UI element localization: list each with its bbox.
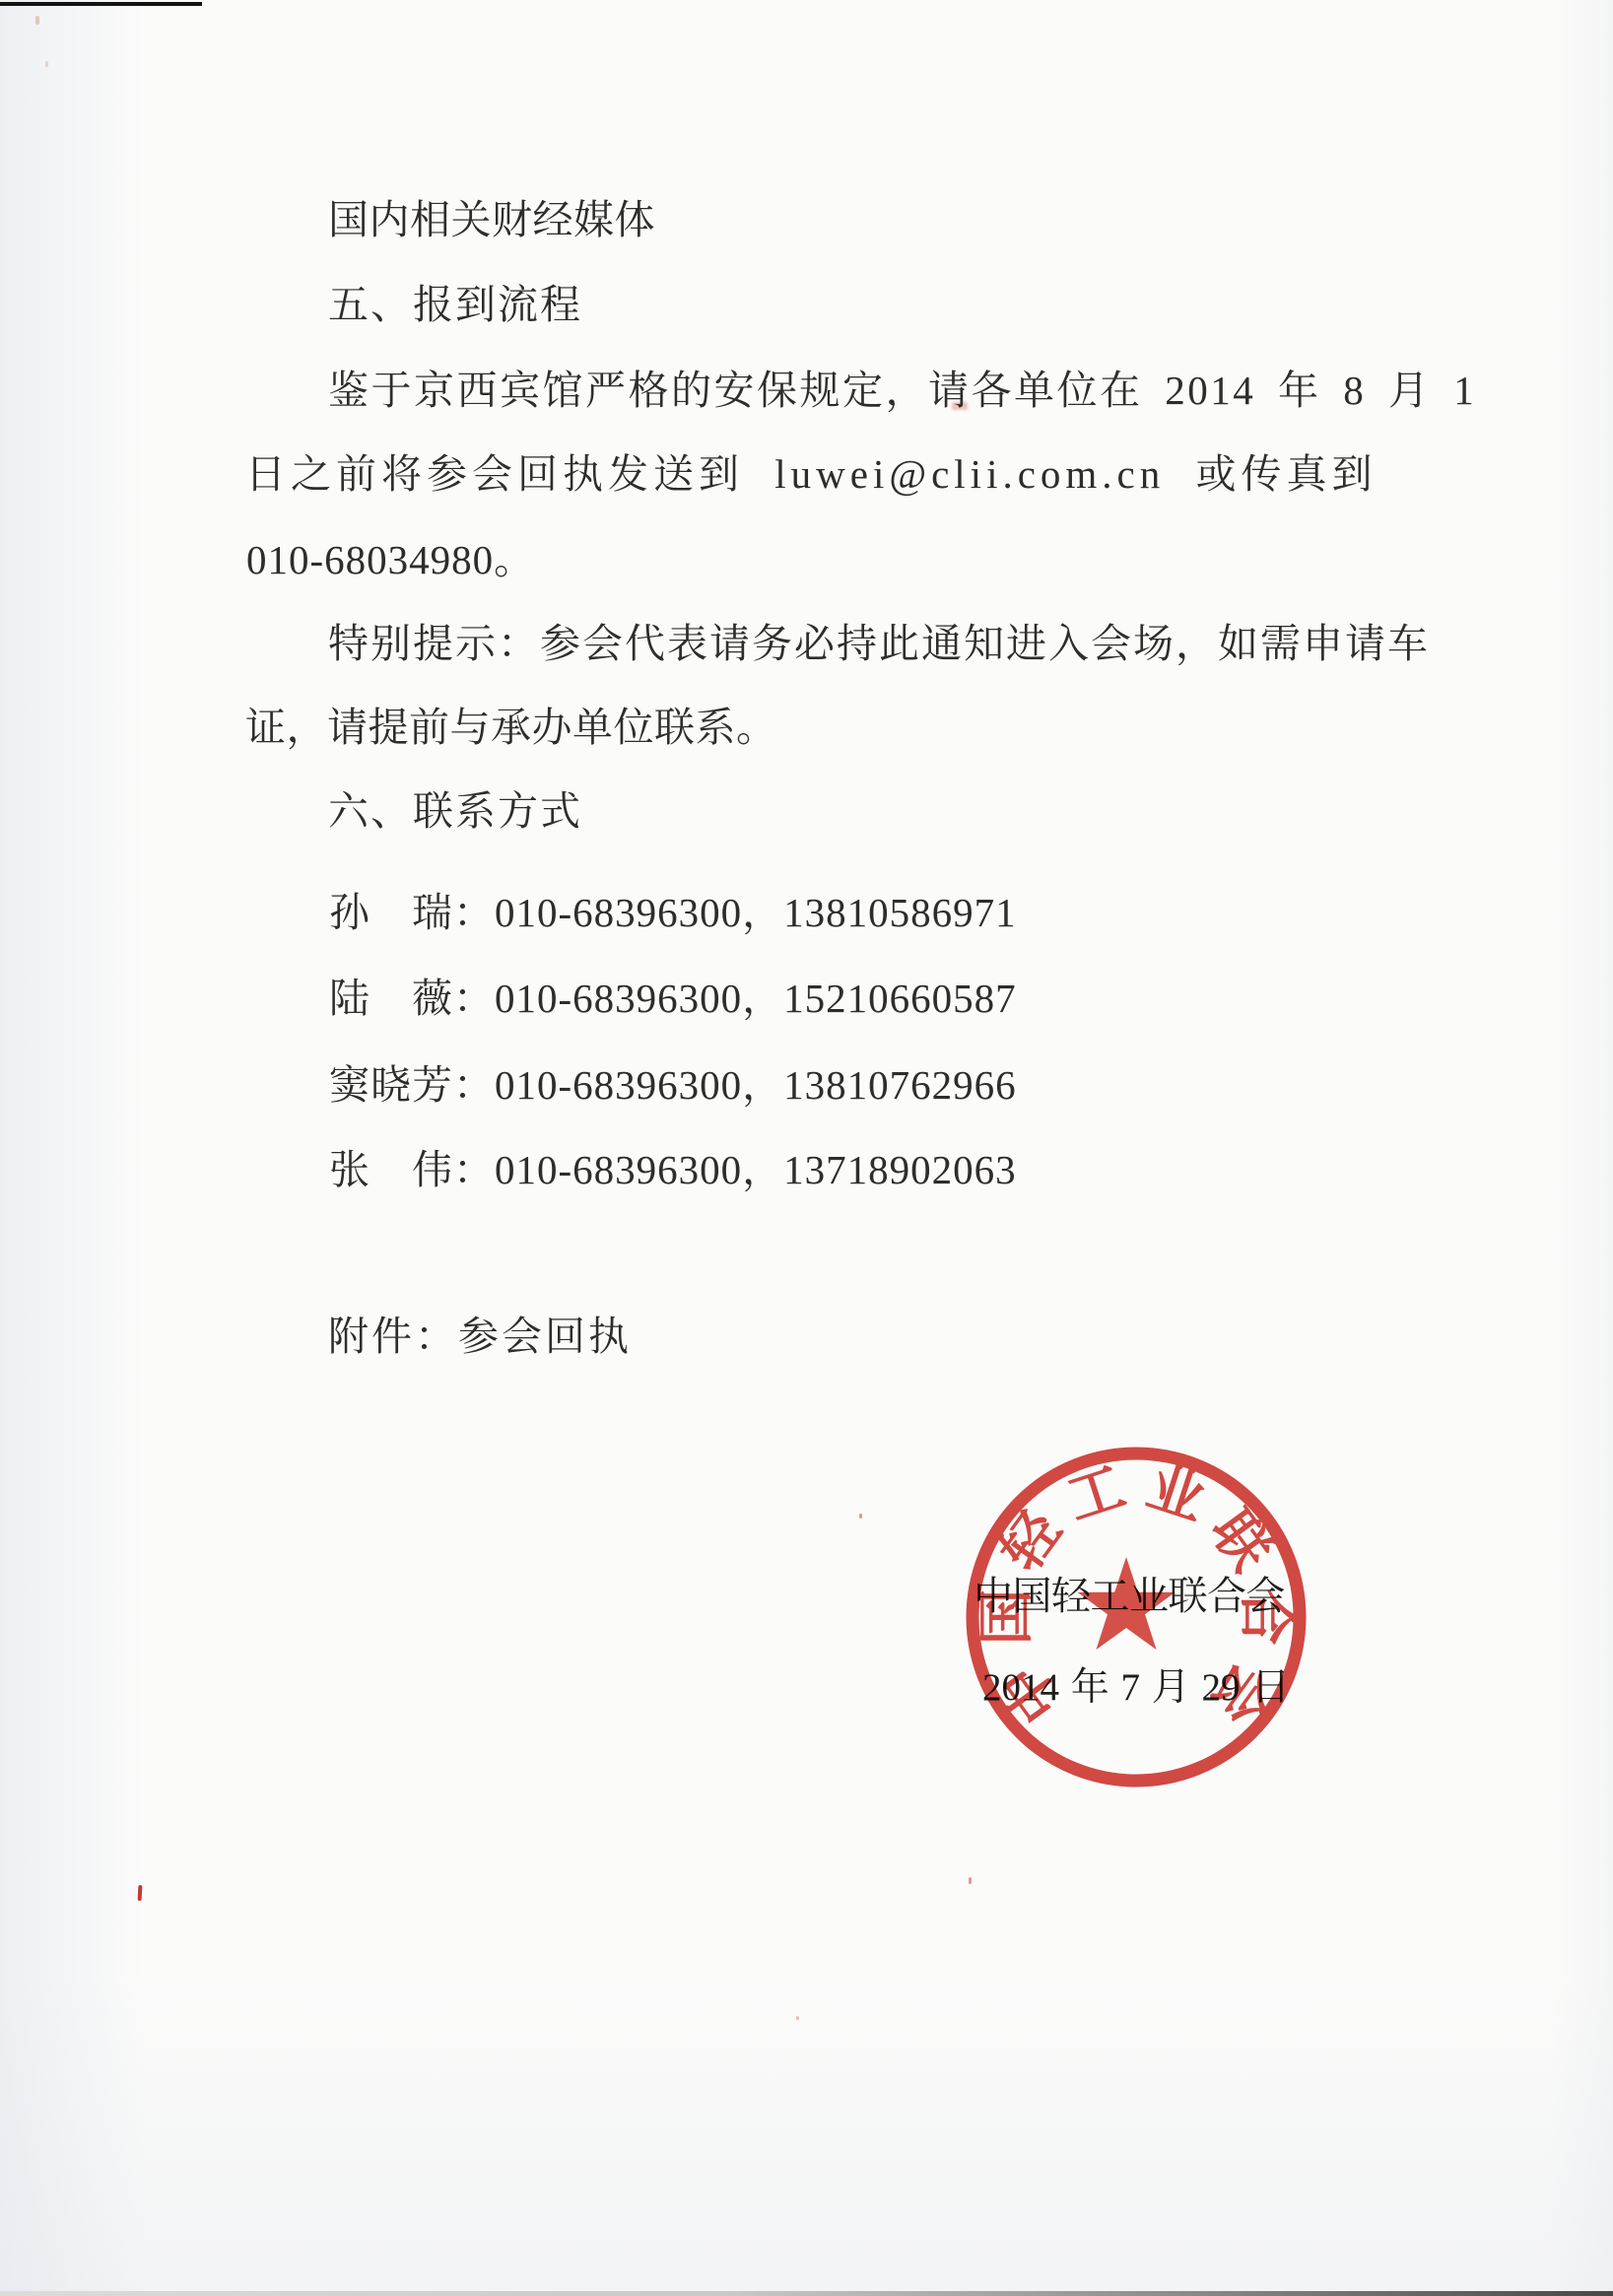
doc-line-notice-2: 证，请提前与承办单位联系。 (245, 706, 777, 749)
seal-arc-char: 国 (976, 1589, 1039, 1646)
red-speck (35, 16, 39, 25)
red-speck (138, 1885, 143, 1901)
doc-line-registration-1: 鉴于京西宾馆严格的安保规定，请各单位在 2014 年 8 月 1 (328, 369, 1476, 412)
scan-bottom-edge-artifact (0, 2291, 1613, 2296)
red-speck (969, 1877, 972, 1884)
doc-line-notice-1: 特别提示：参会代表请务必持此通知进入会场，如需申请车 (328, 622, 1430, 665)
official-seal: 中 国 轻 工 业 联 合 会 (939, 1420, 1333, 1814)
red-speck (45, 61, 48, 67)
doc-contact-dou-xiaofang: 窦晓芳：010-68396300，13810762966 (329, 1063, 1017, 1107)
doc-line-registration-2-email: 日之前将参会回执发送到 luwei@clii.com.cn 或传真到 (245, 452, 1378, 496)
doc-heading-section-6: 六、联系方式 (328, 789, 582, 833)
doc-line-fax-number: 010-68034980。 (246, 538, 535, 581)
seal-arc-char: 合 (1235, 1589, 1297, 1646)
scanned-document-page: 国内相关财经媒体 五、报到流程 鉴于京西宾馆严格的安保规定，请各单位在 2014… (0, 0, 1613, 2296)
doc-contact-zhang-wei: 张 伟：010-68396300，13718902063 (329, 1148, 1017, 1191)
red-speck (796, 2016, 799, 2020)
doc-line-media: 国内相关财经媒体 (328, 198, 655, 241)
scan-top-edge-artifact (0, 2, 202, 6)
doc-contact-sun-rui: 孙 瑞：010-68396300，13810586971 (329, 891, 1017, 934)
red-speck (859, 1514, 862, 1519)
doc-contact-lu-wei: 陆 薇：010-68396300，15210660587 (329, 977, 1017, 1020)
doc-attachment-line: 附件：参会回执 (328, 1315, 632, 1358)
doc-heading-section-5: 五、报到流程 (328, 283, 582, 326)
seal-star-icon (1078, 1557, 1176, 1650)
